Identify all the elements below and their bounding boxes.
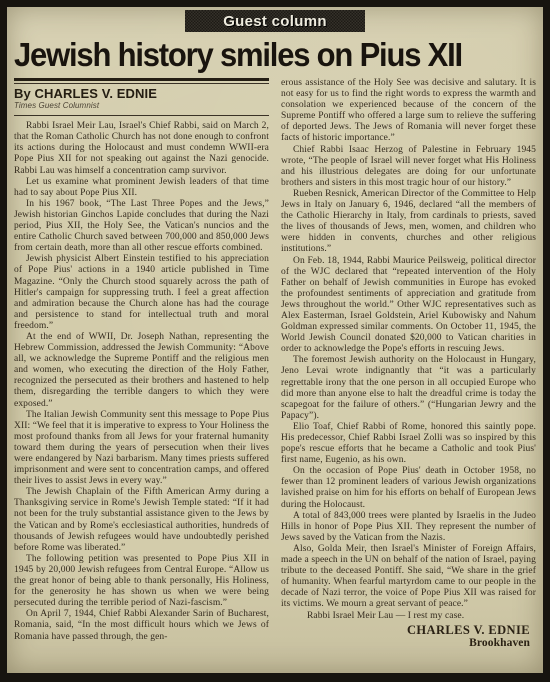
byline-title: Times Guest Columnist (14, 100, 269, 111)
article-paragraph: Also, Golda Meir, then Israel's Minister… (281, 544, 536, 611)
signature-place: Brookhaven (281, 637, 530, 649)
guest-column-banner: Guest column (185, 10, 365, 32)
article-paragraph: On Feb. 18, 1944, Rabbi Maurice Peilswei… (281, 256, 536, 356)
article-paragraph: The foremost Jewish authority on the Hol… (281, 355, 536, 422)
byline-divider (14, 115, 269, 116)
headline-divider (14, 78, 269, 84)
page-title: Jewish history smiles on Pius XII (14, 36, 536, 75)
article-paragraph: On April 7, 1944, Chief Rabbi Alexander … (14, 609, 269, 642)
newsprint-page: Guest column Jewish history smiles on Pi… (7, 7, 543, 673)
article-paragraph: Rabbi Israel Meir Lau, Israel's Chief Ra… (14, 121, 269, 176)
article-paragraph: erous assistance of the Holy See was dec… (281, 78, 536, 145)
article-paragraph: The Italian Jewish Community sent this m… (14, 410, 269, 488)
signature-block: CHARLES V. EDNIE Brookhaven (281, 624, 536, 649)
article-paragraph: Jewish physicist Albert Einstein testifi… (14, 254, 269, 332)
article-paragraph: The following petition was presented to … (14, 554, 269, 609)
article-column-right: erous assistance of the Holy See was dec… (281, 78, 536, 649)
byline-block: By CHARLES V. EDNIE Times Guest Columnis… (14, 78, 269, 116)
byline: By CHARLES V. EDNIE (14, 88, 269, 99)
article-body: By CHARLES V. EDNIE Times Guest Columnis… (14, 78, 536, 649)
article-paragraph: Chief Rabbi Isaac Herzog of Palestine in… (281, 145, 536, 189)
article-column-left: By CHARLES V. EDNIE Times Guest Columnis… (14, 78, 269, 649)
article-paragraph: At the end of WWII, Dr. Joseph Nathan, r… (14, 332, 269, 410)
newspaper-clipping-frame: Guest column Jewish history smiles on Pi… (0, 0, 550, 682)
article-paragraph: The Jewish Chaplain of the Fifth America… (14, 487, 269, 554)
article-paragraph: On the occasion of Pope Pius' death in O… (281, 466, 536, 510)
article-paragraph: Elio Toaf, Chief Rabbi of Rome, honored … (281, 422, 536, 466)
guest-column-banner-label: Guest column (223, 13, 327, 30)
article-paragraph: A total of 843,000 trees were planted by… (281, 511, 536, 544)
article-paragraph: In his 1967 book, “The Last Three Popes … (14, 199, 269, 254)
article-paragraph: Let us examine what prominent Jewish lea… (14, 177, 269, 199)
signature-name: CHARLES V. EDNIE (281, 624, 530, 637)
article-paragraph: Rueben Resnick, American Director of the… (281, 189, 536, 256)
closing-line: Rabbi Israel Meir Lau — I rest my case. (281, 611, 536, 622)
